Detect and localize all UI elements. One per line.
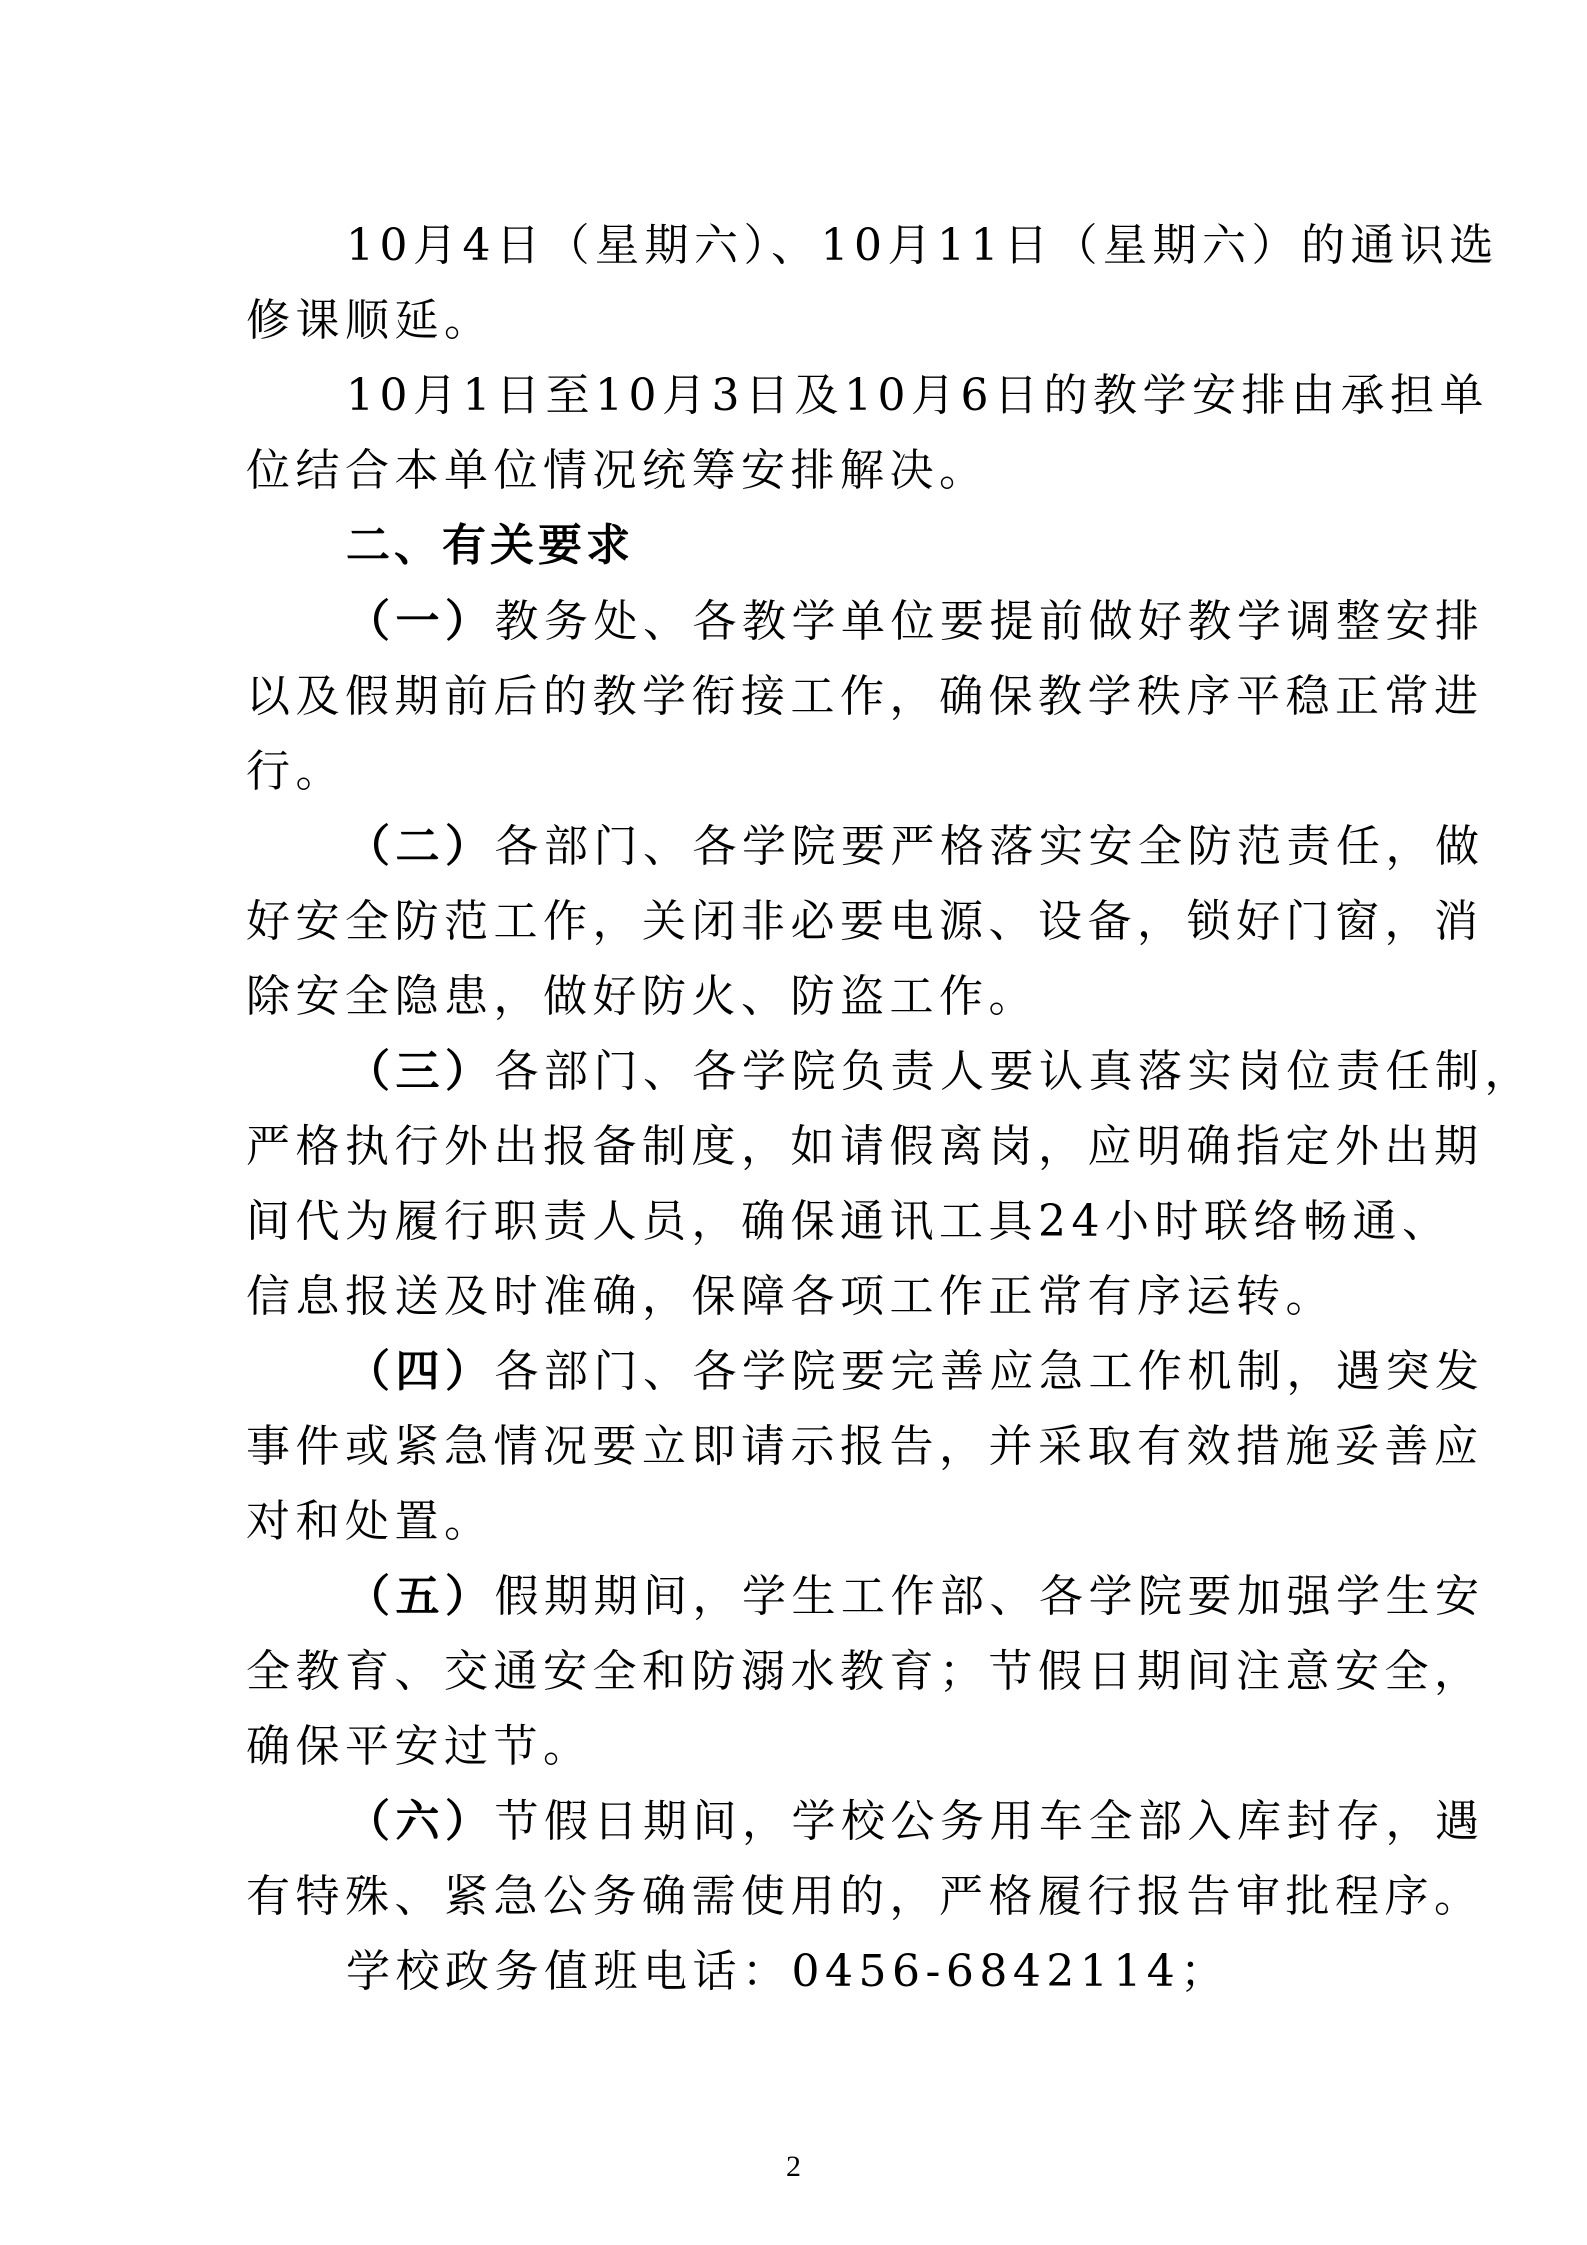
paragraph-line: 10月4日（星期六）、10月11日（星期六）的通识选 [346,208,1499,283]
paragraph-line: 以及假期前后的教学衔接工作，确保教学秩序平稳正常进 [246,659,1484,734]
requirement-label: （一） [346,596,495,647]
paragraph-line: 位结合本单位情况统筹安排解决。 [246,433,989,508]
paragraph-line: 确保平安过节。 [246,1709,593,1784]
section-heading: 二、有关要求 [346,508,634,583]
requirement-3: （三）各部门、各学院负责人要认真落实岗位责任制， [346,1034,1534,1109]
requirement-label: （二） [346,821,495,872]
paragraph-line: 有特殊、紧急公务确需使用的，严格履行报告审批程序。 [246,1859,1484,1934]
requirement-text: 节假日期间，学校公务用车全部入库封存，遇 [495,1796,1485,1847]
requirement-2: （二）各部门、各学院要严格落实安全防范责任，做 [346,809,1485,884]
requirement-4: （四）各部门、各学院要完善应急工作机制，遇突发 [346,1334,1485,1409]
requirement-5: （五）假期期间，学生工作部、各学院要加强学生安 [346,1559,1485,1634]
paragraph-line: 好安全防范工作，关闭非必要电源、设备，锁好门窗，消 [246,884,1484,959]
paragraph-line: 对和处置。 [246,1484,494,1559]
requirement-6: （六）节假日期间，学校公务用车全部入库封存，遇 [346,1784,1485,1859]
duty-phone: 学校政务值班电话：0456-6842114； [346,1934,1230,2009]
paragraph-line: 修课顺延。 [246,283,494,358]
requirement-text: 各部门、各学院要严格落实安全防范责任，做 [495,821,1485,872]
requirement-1: （一）教务处、各教学单位要提前做好教学调整安排 [346,584,1485,659]
requirement-label: （六） [346,1796,495,1847]
requirement-label: （四） [346,1346,495,1397]
paragraph-line: 间代为履行职责人员，确保通讯工具24小时联络畅通、 [246,1184,1452,1259]
requirement-text: 各部门、各学院负责人要认真落实岗位责任制， [495,1046,1535,1097]
requirement-text: 各部门、各学院要完善应急工作机制，遇突发 [495,1346,1485,1397]
requirement-text: 假期期间，学生工作部、各学院要加强学生安 [495,1571,1485,1622]
requirement-label: （三） [346,1046,495,1097]
paragraph-line: 事件或紧急情况要立即请示报告，并采取有效措施妥善应 [246,1409,1484,1484]
paragraph-line: 行。 [246,734,345,809]
paragraph-line: 除安全隐患，做好防火、防盗工作。 [246,959,1038,1034]
page-number: 2 [0,2150,1587,2184]
paragraph-line: 全教育、交通安全和防溺水教育；节假日期间注意安全， [246,1634,1484,1709]
requirement-label: （五） [346,1571,495,1622]
paragraph-line: 信息报送及时准确，保障各项工作正常有序运转。 [246,1259,1335,1334]
paragraph-line: 10月1日至10月3日及10月6日的教学安排由承担单 [346,358,1489,433]
paragraph-line: 严格执行外出报备制度，如请假离岗，应明确指定外出期 [246,1109,1484,1184]
requirement-text: 教务处、各教学单位要提前做好教学调整安排 [495,596,1485,647]
